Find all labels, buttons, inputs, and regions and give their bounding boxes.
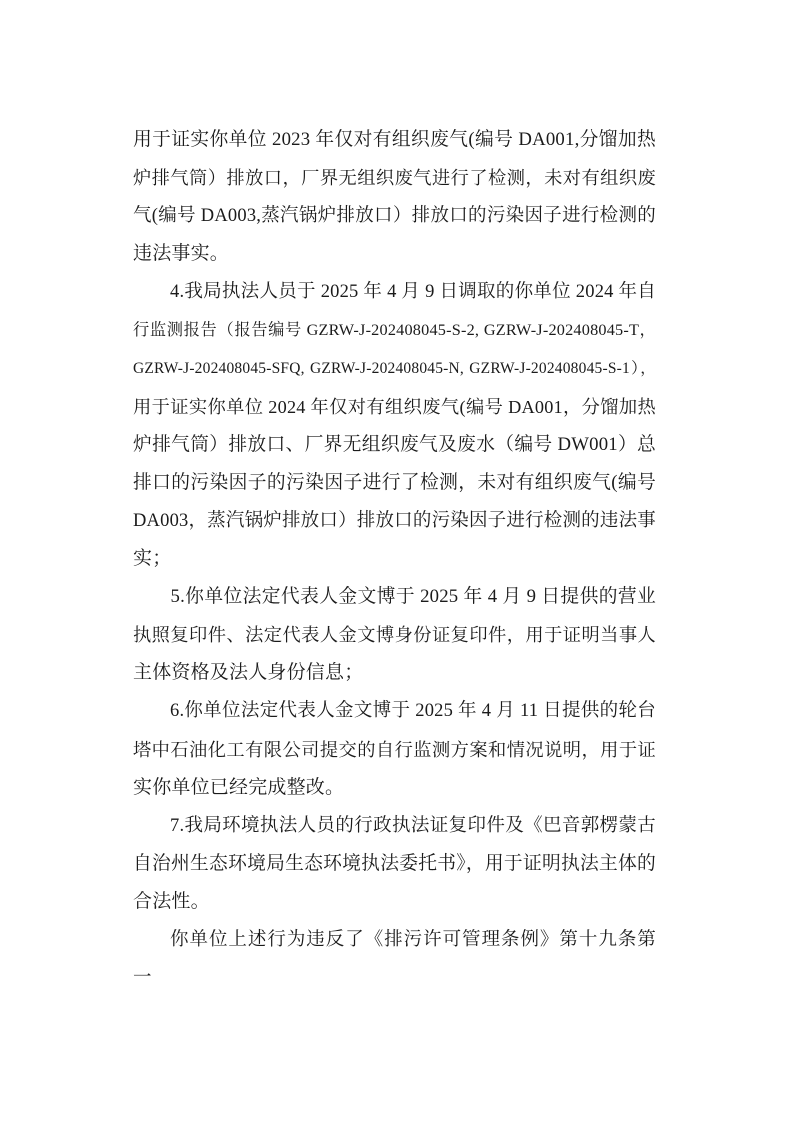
document-line: 你单位上述行为违反了《排污许可管理条例》第十九条第一 — [133, 921, 656, 959]
document-line: 实； — [133, 540, 656, 578]
document-line: 炉排气筒）排放口，厂界无组织废气进行了检测，未对有组织废 — [133, 159, 656, 197]
document-page: 用于证实你单位 2023 年仅对有组织废气(编号 DA001,分馏加热炉排气筒）… — [0, 0, 793, 1122]
document-line: 实你单位已经完成整改。 — [133, 769, 656, 807]
document-line: 排口的污染因子的污染因子进行了检测，未对有组织废气(编号 — [133, 464, 656, 502]
document-line: GZRW-J-202408045-SFQ, GZRW-J-202408045-N… — [133, 350, 656, 388]
document-line: 违法事实。 — [133, 235, 656, 273]
document-line: 执照复印件、法定代表人金文博身份证复印件，用于证明当事人 — [133, 616, 656, 654]
document-text-block: 用于证实你单位 2023 年仅对有组织废气(编号 DA001,分馏加热炉排气筒）… — [133, 121, 656, 959]
document-line: 6.你单位法定代表人金文博于 2025 年 4 月 11 日提供的轮台 — [133, 692, 656, 730]
document-line: 5.你单位法定代表人金文博于 2025 年 4 月 9 日提供的营业 — [133, 578, 656, 616]
document-line: 4.我局执法人员于 2025 年 4 月 9 日调取的你单位 2024 年自 — [133, 273, 656, 311]
document-line: 自治州生态环境局生态环境执法委托书》，用于证明执法主体的 — [133, 845, 656, 883]
document-line: 炉排气筒）排放口、厂界无组织废气及废水（编号 DW001）总 — [133, 426, 656, 464]
document-line: 用于证实你单位 2023 年仅对有组织废气(编号 DA001,分馏加热 — [133, 121, 656, 159]
document-line: DA003，蒸汽锅炉排放口）排放口的污染因子进行检测的违法事 — [133, 502, 656, 540]
document-line: 合法性。 — [133, 883, 656, 921]
document-line: 主体资格及法人身份信息； — [133, 654, 656, 692]
document-line: 气(编号 DA003,蒸汽锅炉排放口）排放口的污染因子进行检测的 — [133, 197, 656, 235]
document-line: 行监测报告（报告编号 GZRW-J-202408045-S-2, GZRW-J-… — [133, 311, 656, 349]
document-line: 7.我局环境执法人员的行政执法证复印件及《巴音郭楞蒙古 — [133, 807, 656, 845]
document-line: 用于证实你单位 2024 年仅对有组织废气(编号 DA001，分馏加热 — [133, 388, 656, 426]
document-line: 塔中石油化工有限公司提交的自行监测方案和情况说明，用于证 — [133, 731, 656, 769]
